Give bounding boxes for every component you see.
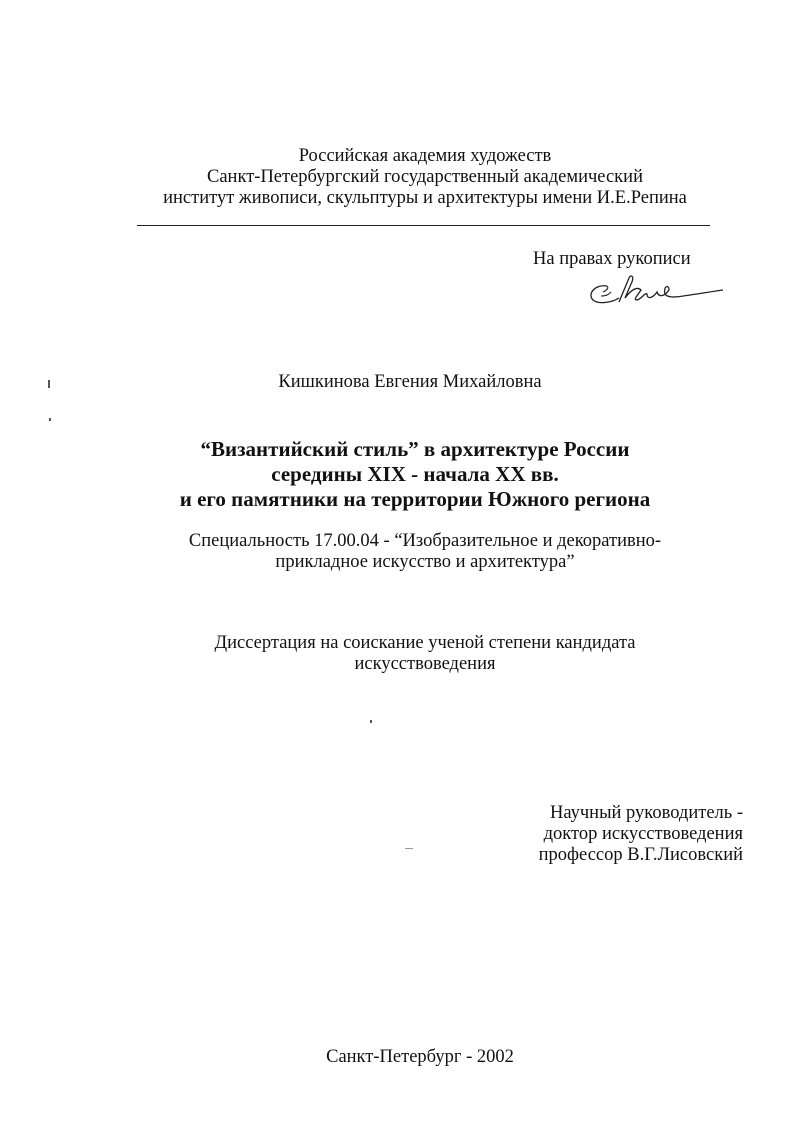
degree-line: Диссертация на соискание ученой степени … [180,633,670,654]
degree-line: искусствоведения [180,654,670,675]
scan-speck [370,720,372,723]
specialty-line: прикладное искусство и архитектура” [150,552,700,573]
signature-icon [585,272,725,312]
specialty: Специальность 17.00.04 - “Изобразительно… [150,531,700,573]
title-line: “Византийский стиль” в архитектуре Росси… [150,437,680,462]
scientific-advisor: Научный руководитель - доктор искусствов… [539,803,743,866]
scan-speck [49,418,51,421]
dissertation-title: “Византийский стиль” в архитектуре Росси… [150,437,680,512]
specialty-line: Специальность 17.00.04 - “Изобразительно… [150,531,700,552]
author-name: Кишкинова Евгения Михайловна [160,372,660,393]
rights-note: На правах рукописи [533,249,691,270]
institution-line: Российская академия художеств [130,146,720,167]
institution-header: Российская академия художеств Санкт-Пете… [130,146,720,209]
degree-statement: Диссертация на соискание ученой степени … [180,633,670,675]
scan-speck [48,380,50,388]
advisor-line: профессор В.Г.Лисовский [539,845,743,866]
institution-line: Санкт-Петербургский государственный акад… [130,167,720,188]
header-divider [137,225,710,226]
advisor-line: доктор искусствоведения [539,824,743,845]
title-line: и его памятники на территории Южного рег… [150,487,680,512]
city-year: Санкт-Петербург - 2002 [300,1047,540,1068]
institution-line: институт живописи, скульптуры и архитект… [130,188,720,209]
title-line: середины XIX - начала XX вв. [150,462,680,487]
advisor-line: Научный руководитель - [539,803,743,824]
scan-speck [405,848,413,849]
